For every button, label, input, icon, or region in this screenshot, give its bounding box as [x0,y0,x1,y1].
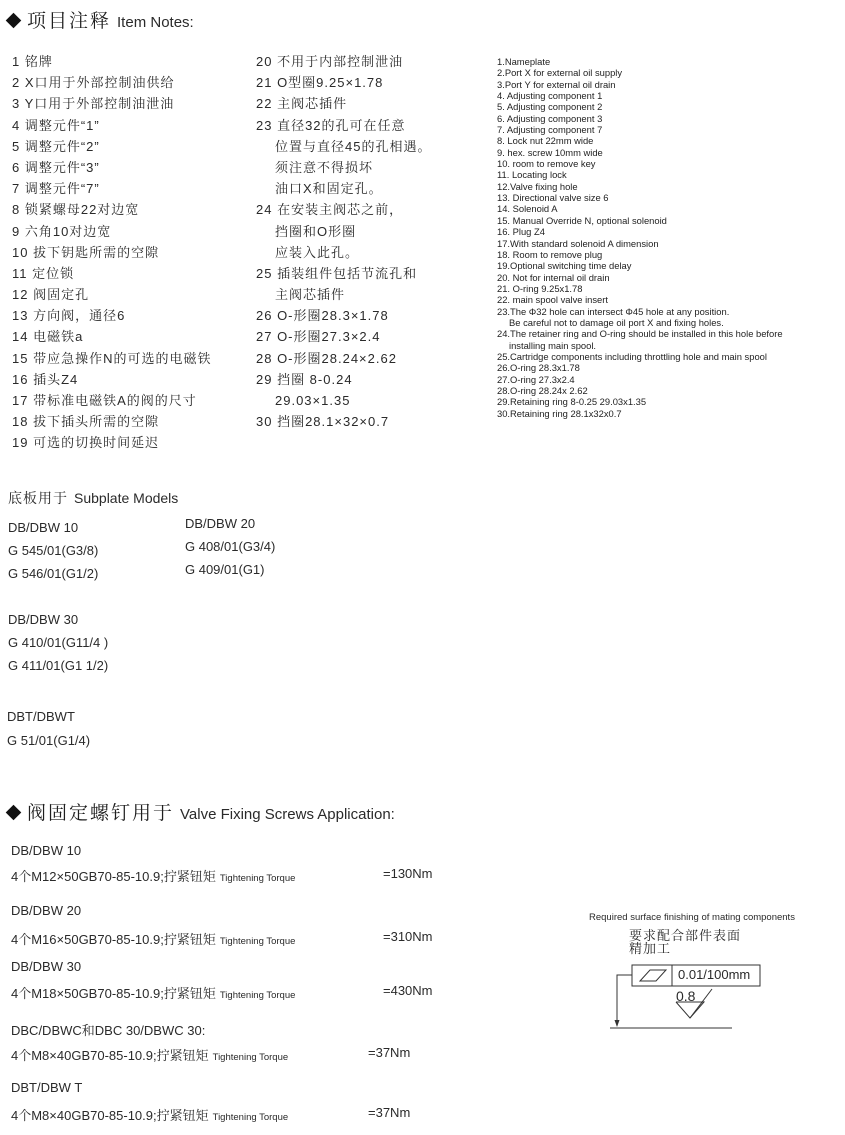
item-notes-en-list: 1.Nameplate2.Port X for external oil sup… [497,56,783,419]
note-item-en: 26.O-ring 28.3x1.78 [497,362,783,373]
note-item: 25 插装组件包括节流孔和 [256,263,431,284]
note-item-en: 18. Room to remove plug [497,249,783,260]
flatness-value: 0.01/100mm [678,967,750,982]
note-item-en: 17.With standard solenoid A dimension [497,238,783,249]
note-item-en: 2.Port X for external oil supply [497,67,783,78]
screw-spec: 4个M12×50GB70-85-10.9;拧紧钮矩 [11,869,216,884]
tightening-torque-label: Tightening Torque [213,1112,289,1123]
note-item: 16 插头Z4 [12,369,211,390]
note-item: 3 Y口用于外部控制油泄油 [12,93,211,114]
note-item-en: 9. hex. screw 10mm wide [497,147,783,158]
tightening-torque-label: Tightening Torque [220,936,296,947]
screw-model: DB/DBW 10 [11,843,81,858]
diamond-bullet-icon [6,13,22,29]
note-item: 13 方向阀，通径6 [12,305,211,326]
note-item: 5 调整元件“2” [12,136,211,157]
note-item-en: 3.Port Y for external oil drain [497,79,783,90]
note-item-en: 21. O-ring 9.25x1.78 [497,283,783,294]
subplate-model: G 545/01(G3/8) [8,539,98,562]
note-item: 18 拔下插头所需的空隙 [12,411,211,432]
torque-value: =310Nm [383,929,433,944]
note-item-en: 12.Valve fixing hole [497,181,783,192]
note-item-en: 30.Retaining ring 28.1x32x0.7 [497,408,783,419]
subplate-model: G 411/01(G1 1/2) [8,654,108,677]
tightening-torque-label: Tightening Torque [220,873,296,884]
note-item-en: 13. Directional valve size 6 [497,192,783,203]
note-item: 22 主阀芯插件 [256,93,431,114]
surface-finish-label-cn-line2: 精加工 [629,942,741,955]
note-item: 12 阀固定孔 [12,284,211,305]
note-item-en: 19.Optional switching time delay [497,260,783,271]
note-item-en: 28.O-ring 28.24x 2.62 [497,385,783,396]
note-item: 位置与直径45的孔相遇。 [256,136,431,157]
note-item-en: 20. Not for internal oil drain [497,272,783,283]
note-item: 须注意不得损坏 [256,157,431,178]
note-item: 10 拔下钥匙所需的空隙 [12,242,211,263]
note-item-en: 8. Lock nut 22mm wide [497,135,783,146]
subplate-group-name: DB/DBW 10 [8,516,98,539]
note-item: 30 挡圈28.1×32×0.7 [256,411,431,432]
note-item-en: 24.The retainer ring and O-ring should b… [497,328,783,339]
note-item: 挡圈和O形圈 [256,221,431,242]
torque-value: =37Nm [368,1105,410,1120]
note-item: 油口X和固定孔。 [256,178,431,199]
note-item: 19 可选的切换时间延迟 [12,432,211,453]
subplate-model: G 51/01(G1/4) [7,729,90,752]
screw-model: DBT/DBW T [11,1080,82,1095]
torque-value: =430Nm [383,983,433,998]
note-item: 1 铭牌 [12,51,211,72]
note-item-en: 15. Manual Override N, optional solenoid [497,215,783,226]
roughness-value: 0.8 [676,988,695,1004]
note-item-en: 4. Adjusting component 1 [497,90,783,101]
screw-spec: 4个M16×50GB70-85-10.9;拧紧钮矩 [11,932,216,947]
note-item: 6 调整元件“3” [12,157,211,178]
item-notes-cn-column-1: 1 铭牌2 X口用于外部控制油供给3 Y口用于外部控制油泄油4 调整元件“1”5… [12,51,211,454]
screw-spec-row: 4个M16×50GB70-85-10.9;拧紧钮矩Tightening Torq… [11,929,441,948]
note-item: 26 O-形圈28.3×1.78 [256,305,431,326]
torque-value: =130Nm [383,866,433,881]
note-item-en: installing main spool. [497,340,783,351]
screw-spec-row: 4个M12×50GB70-85-10.9;拧紧钮矩Tightening Torq… [11,866,441,885]
subplate-model: G 408/01(G3/4) [185,535,275,558]
subplate-model: G 410/01(G11/4 ) [8,631,108,654]
note-item: 9 六角10对边宽 [12,221,211,242]
tightening-torque-label: Tightening Torque [213,1052,289,1063]
item-notes-heading-en: Item Notes: [117,14,194,31]
screw-model: DBC/DBWC和DBC 30/DBWC 30: [11,1020,205,1039]
fixing-screws-heading: 阀固定螺钉用于Valve Fixing Screws Application: [4,798,395,825]
subplate-group-db-dbw-10: DB/DBW 10 G 545/01(G3/8) G 546/01(G1/2) [8,516,98,585]
note-item-en: 23.The Φ32 hole can intersect Φ45 hole a… [497,306,783,317]
subplate-group-name: DBT/DBWT [7,704,90,729]
fixing-screws-heading-en: Valve Fixing Screws Application: [180,806,395,823]
note-item: 29.03×1.35 [256,390,431,411]
screw-spec: 4个M18×50GB70-85-10.9;拧紧钮矩 [11,986,216,1001]
note-item-en: 16. Plug Z4 [497,226,783,237]
note-item-en: 7. Adjusting component 7 [497,124,783,135]
note-item-en: 25.Cartridge components including thrott… [497,351,783,362]
note-item-en: 22. main spool valve insert [497,294,783,305]
note-item: 28 O-形圈28.24×2.62 [256,348,431,369]
note-item-en: 29.Retaining ring 8-0.25 29.03x1.35 [497,396,783,407]
subplate-group-db-dbw-20: DB/DBW 20 G 408/01(G3/4) G 409/01(G1) [185,512,275,581]
note-item: 27 O-形圈27.3×2.4 [256,326,431,347]
note-item-en: 5. Adjusting component 2 [497,101,783,112]
note-item: 17 带标准电磁铁A的阀的尺寸 [12,390,211,411]
subplate-group-name: DB/DBW 20 [185,512,275,535]
note-item: 7 调整元件“7” [12,178,211,199]
note-item: 4 调整元件“1” [12,115,211,136]
torque-value: =37Nm [368,1045,410,1060]
note-item: 8 锁紧螺母22对边宽 [12,199,211,220]
screw-spec-row: 4个M8×40GB70-85-10.9;拧紧钮矩Tightening Torqu… [11,1105,441,1124]
note-item: 2 X口用于外部控制油供给 [12,72,211,93]
note-item-en: 6. Adjusting component 3 [497,113,783,124]
tightening-torque-label: Tightening Torque [220,990,296,1001]
item-notes-cn-column-2: 20 不用于内部控制泄油21 O型圈9.25×1.7822 主阀芯插件23 直径… [256,51,431,432]
subplate-group-dbt-dbwt: DBT/DBWT G 51/01(G1/4) [7,704,90,752]
note-item: 14 电磁铁a [12,326,211,347]
screw-model: DB/DBW 20 [11,903,81,918]
note-item: 20 不用于内部控制泄油 [256,51,431,72]
note-item: 应装入此孔。 [256,242,431,263]
note-item: 主阀芯插件 [256,284,431,305]
surface-finish-label-en: Required surface finishing of mating com… [589,912,795,923]
subplate-group-name: DB/DBW 30 [8,608,108,631]
screw-spec: 4个M8×40GB70-85-10.9;拧紧钮矩 [11,1048,209,1063]
subplate-heading-en: Subplate Models [74,490,178,506]
flatness-icon [640,970,666,981]
note-item-en: 27.O-ring 27.3x2.4 [497,374,783,385]
subplate-group-db-dbw-30: DB/DBW 30 G 410/01(G11/4 ) G 411/01(G1 1… [8,608,108,677]
screw-spec-row: 4个M18×50GB70-85-10.9;拧紧钮矩Tightening Torq… [11,983,441,1002]
note-item: 11 定位锁 [12,263,211,284]
screw-spec-row: 4个M8×40GB70-85-10.9;拧紧钮矩Tightening Torqu… [11,1045,441,1064]
subplate-heading-cn: 底板用于 [8,490,68,506]
note-item-en: 10. room to remove key [497,158,783,169]
item-notes-heading: 项目注释Item Notes: [4,6,194,33]
screw-spec: 4个M8×40GB70-85-10.9;拧紧钮矩 [11,1108,209,1123]
item-notes-heading-cn: 项目注释 [27,11,111,32]
note-item: 24 在安装主阀芯之前， [256,199,431,220]
note-item: 21 O型圈9.25×1.78 [256,72,431,93]
subplate-model: G 546/01(G1/2) [8,562,98,585]
note-item: 15 带应急操作N的可选的电磁铁 [12,348,211,369]
note-item-en: Be careful not to damage oil port X and … [497,317,783,328]
screw-model: DB/DBW 30 [11,959,81,974]
diamond-bullet-icon [6,805,22,821]
note-item: 29 挡圈 8-0.24 [256,369,431,390]
note-item-en: 1.Nameplate [497,56,783,67]
note-item-en: 14. Solenoid A [497,203,783,214]
fixing-screws-heading-cn: 阀固定螺钉用于 [27,803,174,824]
note-item: 23 直径32的孔可在任意 [256,115,431,136]
surface-finish-label-cn: 要求配合部件表面 精加工 [629,929,741,955]
note-item-en: 11. Locating lock [497,169,783,180]
subplate-heading: 底板用于Subplate Models [8,488,178,508]
subplate-model: G 409/01(G1) [185,558,275,581]
